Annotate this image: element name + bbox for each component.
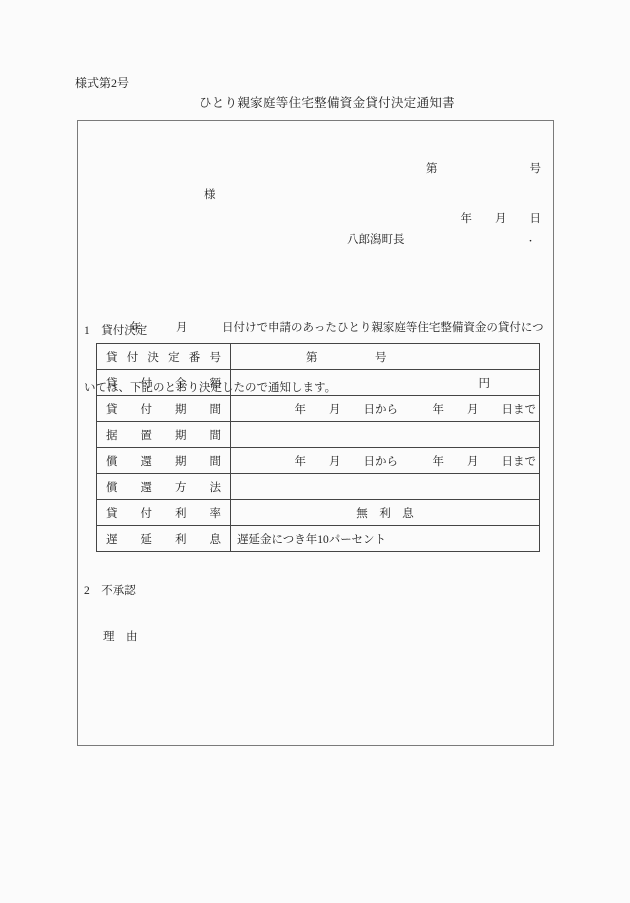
row-value: 年 月 日から 年 月 日まで xyxy=(231,396,540,422)
table-row: 貸付決定番号 第 号 xyxy=(97,344,540,370)
body-line-1: 年 月 日付けで申請のあったひとり親家庭等住宅整備資金の貸付につ xyxy=(84,318,544,338)
table-row: 据置期間 xyxy=(97,422,540,448)
row-label: 貸付期間 xyxy=(97,396,231,422)
doc-number-line: 第 号 xyxy=(426,161,541,178)
table-row: 償還方法 xyxy=(97,474,540,500)
row-value: 年 月 日から 年 月 日まで xyxy=(231,448,540,474)
table-row: 貸付期間 年 月 日から 年 月 日まで xyxy=(97,396,540,422)
row-value xyxy=(231,422,540,448)
sender-line: 八郎潟町長 ・ xyxy=(78,233,553,247)
row-value: 第 号 xyxy=(231,344,540,370)
row-label: 償還方法 xyxy=(97,474,231,500)
table-row: 貸付利率無 利 息 xyxy=(97,500,540,526)
seal-dot: ・ xyxy=(526,234,535,248)
document-title: ひとり親家庭等住宅整備資金貸付決定通知書 xyxy=(77,96,565,110)
sender-name: 八郎潟町長 xyxy=(347,233,405,247)
row-label: 遅延利息 xyxy=(97,526,231,552)
row-value: 遅延金につき年10パーセント xyxy=(231,526,540,552)
notice-box: 第 号 年 月 日 様 八郎潟町長 ・ 年 月 日付けで申請のあったひとり親家庭… xyxy=(77,120,554,746)
section2-heading: 2 不承認 xyxy=(84,584,136,598)
row-value: 無 利 息 xyxy=(231,500,540,526)
row-label: 据置期間 xyxy=(97,422,231,448)
row-label: 貸付決定番号 xyxy=(97,344,231,370)
table-row: 貸付金額 円 xyxy=(97,370,540,396)
row-label: 貸付金額 xyxy=(97,370,231,396)
loan-decision-table: 貸付決定番号 第 号貸付金額 円貸付期間 年 月 日から 年 月 日まで据置期間… xyxy=(96,343,540,552)
row-label: 貸付利率 xyxy=(97,500,231,526)
row-value xyxy=(231,474,540,500)
document-page: 様式第2号 ひとり親家庭等住宅整備資金貸付決定通知書 第 号 年 月 日 様 八… xyxy=(0,0,630,903)
addressee-suffix: 様 xyxy=(204,188,216,202)
form-number: 様式第2号 xyxy=(75,76,129,90)
row-value: 円 xyxy=(231,370,540,396)
table-row: 償還期間 年 月 日から 年 月 日まで xyxy=(97,448,540,474)
doc-date-line: 年 月 日 xyxy=(426,211,541,228)
reason-label: 理 由 xyxy=(103,630,138,644)
loan-table-body: 貸付決定番号 第 号貸付金額 円貸付期間 年 月 日から 年 月 日まで据置期間… xyxy=(97,344,540,552)
row-label: 償還期間 xyxy=(97,448,231,474)
table-row: 遅延利息遅延金につき年10パーセント xyxy=(97,526,540,552)
section1-heading: 1 貸付決定 xyxy=(84,324,147,338)
